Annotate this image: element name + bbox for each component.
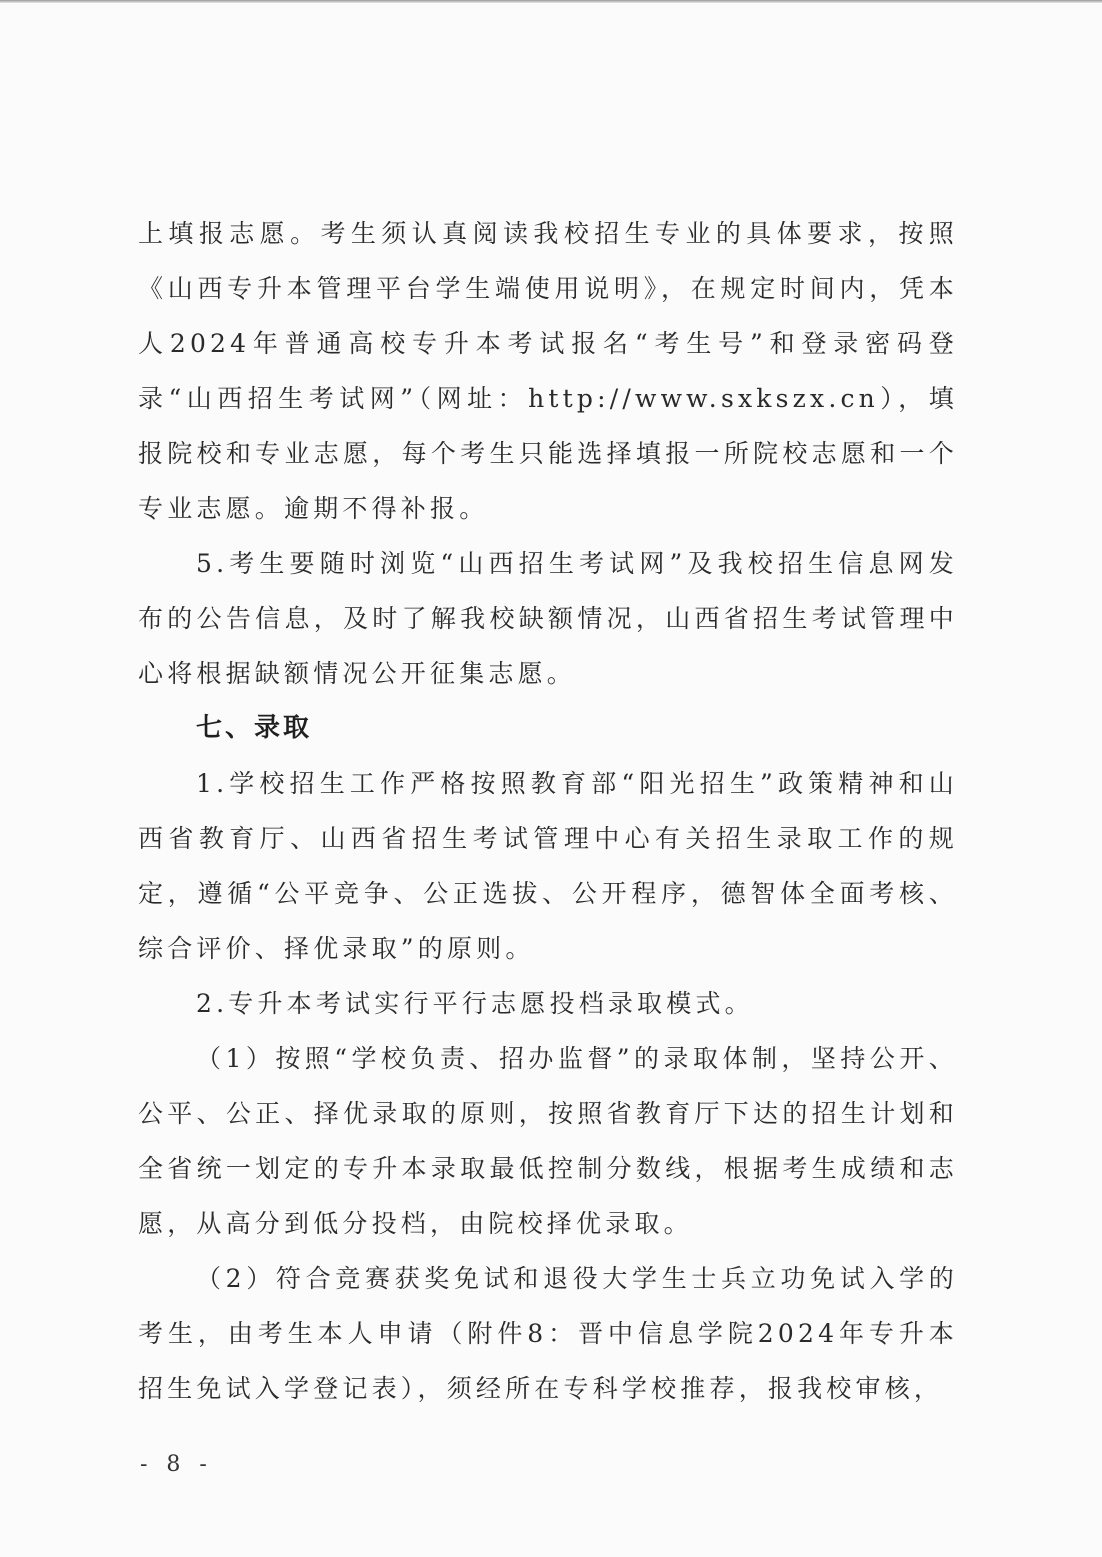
paragraph-subitem-2: （2）符合竞赛获奖免试和退役大学生士兵立功免试入学的考生，由考生本人申请（附件8… bbox=[138, 1251, 958, 1416]
paragraph-item-1: 1.学校招生工作严格按照教育部“阳光招生”政策精神和山西省教育厅、山西省招生考试… bbox=[138, 756, 958, 976]
paragraph-item-5: 5.考生要随时浏览“山西招生考试网”及我校招生信息网发布的公告信息，及时了解我校… bbox=[138, 536, 958, 701]
paragraph-continuation: 上填报志愿。考生须认真阅读我校招生专业的具体要求，按照《山西专升本管理平台学生端… bbox=[138, 206, 958, 536]
scan-top-edge bbox=[0, 0, 1102, 3]
paragraph-item-2: 2.专升本考试实行平行志愿投档录取模式。 bbox=[138, 976, 958, 1031]
page-number: - 8 - bbox=[140, 1452, 213, 1477]
document-page: 上填报志愿。考生须认真阅读我校招生专业的具体要求，按照《山西专升本管理平台学生端… bbox=[138, 206, 958, 1416]
section-heading-admission: 七、录取 bbox=[138, 701, 958, 756]
paragraph-subitem-1: （1）按照“学校负责、招办监督”的录取体制，坚持公开、公平、公正、择优录取的原则… bbox=[138, 1031, 958, 1251]
